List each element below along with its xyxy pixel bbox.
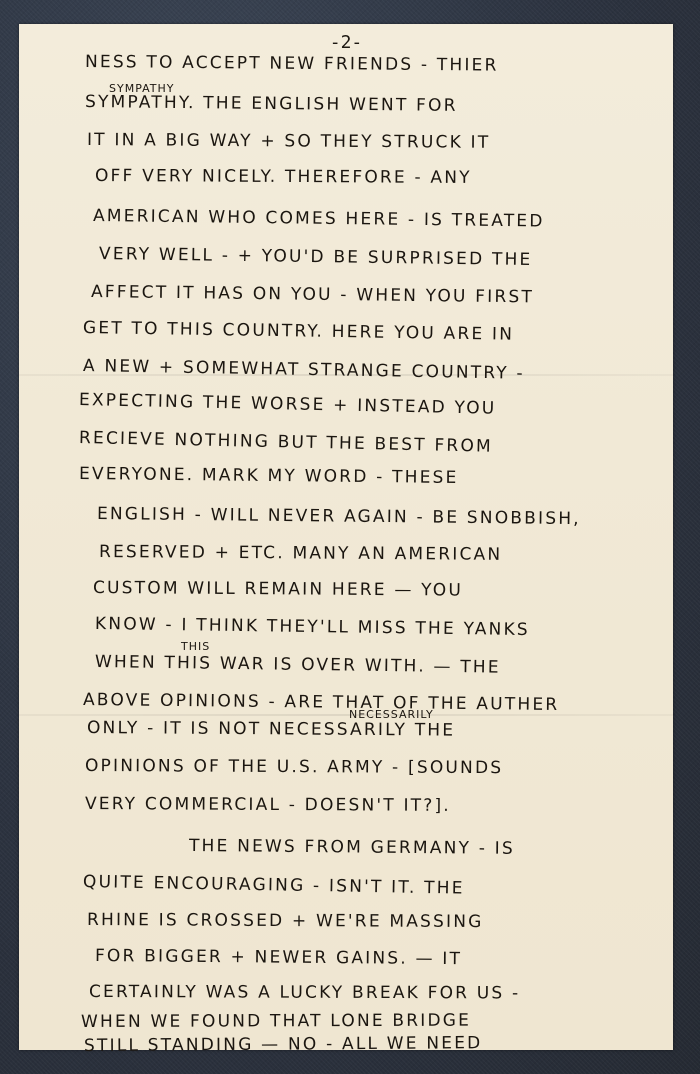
letter-line: WHEN WE FOUND THAT LONE BRIDGE [81,1011,471,1032]
letter-line: RESERVED + ETC. MANY AN AMERICAN [99,542,502,565]
paper-fold [19,714,673,716]
letter-line: EVERYONE. MARK MY WORD - THESE [79,464,459,488]
letter-line: GET TO THIS COUNTRY. HERE YOU ARE IN [83,318,514,345]
letter-line: CERTAINLY WAS A LUCKY BREAK FOR US - [89,982,520,1004]
inserted-correction: THIS [181,640,210,653]
letter-line: WHEN THIS WAR IS OVER WITH. — THE [95,652,501,678]
letter-line: IT IN A BIG WAY + SO THEY STRUCK IT [87,130,491,153]
letter-line: VERY WELL - + YOU'D BE SURPRISED THE [99,244,533,270]
letter-line: AFFECT IT HAS ON YOU - WHEN YOU FIRST [91,282,534,307]
letter-line: RECIEVE NOTHING BUT THE BEST FROM [79,428,493,457]
letter-line: ABOVE OPINIONS - ARE THAT OF THE AUTHER [83,690,560,715]
letter-line: KNOW - I THINK THEY'LL MISS THE YANKS [95,614,530,640]
letter-line: QUITE ENCOURAGING - ISN'T IT. THE [83,872,465,899]
letter-line: RHINE IS CROSSED + WE'RE MASSING [87,910,484,932]
letter-line: AMERICAN WHO COMES HERE - IS TREATED [93,206,545,232]
letter-line: THE NEWS FROM GERMANY - IS [189,836,515,859]
letter-line: VERY COMMERCIAL - DOESN'T IT?]. [85,794,451,816]
page-number: -2- [19,32,673,53]
letter-line: STILL STANDING — NO - ALL WE NEED [84,1033,483,1056]
letter-line: OFF VERY NICELY. THEREFORE - ANY [95,166,472,188]
letter-line: A NEW + SOMEWHAT STRANGE COUNTRY - [83,356,525,384]
letter-line: CUSTOM WILL REMAIN HERE — YOU [93,578,463,601]
letter-line: ONLY - IT IS NOT NECESSARILY THE [87,718,455,741]
letter-line: SYMPATHY. THE ENGLISH WENT FOR [85,92,458,116]
letter-line: ENGLISH - WILL NEVER AGAIN - BE SNOBBISH… [97,504,581,529]
letter-line: NESS TO ACCEPT NEW FRIENDS - THIER [85,52,499,76]
letter-page: -2- NESS TO ACCEPT NEW FRIENDS - THIER S… [19,24,673,1050]
letter-line: FOR BIGGER + NEWER GAINS. — IT [95,946,462,969]
letter-line: OPINIONS OF THE U.S. ARMY - [SOUNDS [85,756,503,778]
letter-line: EXPECTING THE WORSE + INSTEAD YOU [79,390,497,419]
